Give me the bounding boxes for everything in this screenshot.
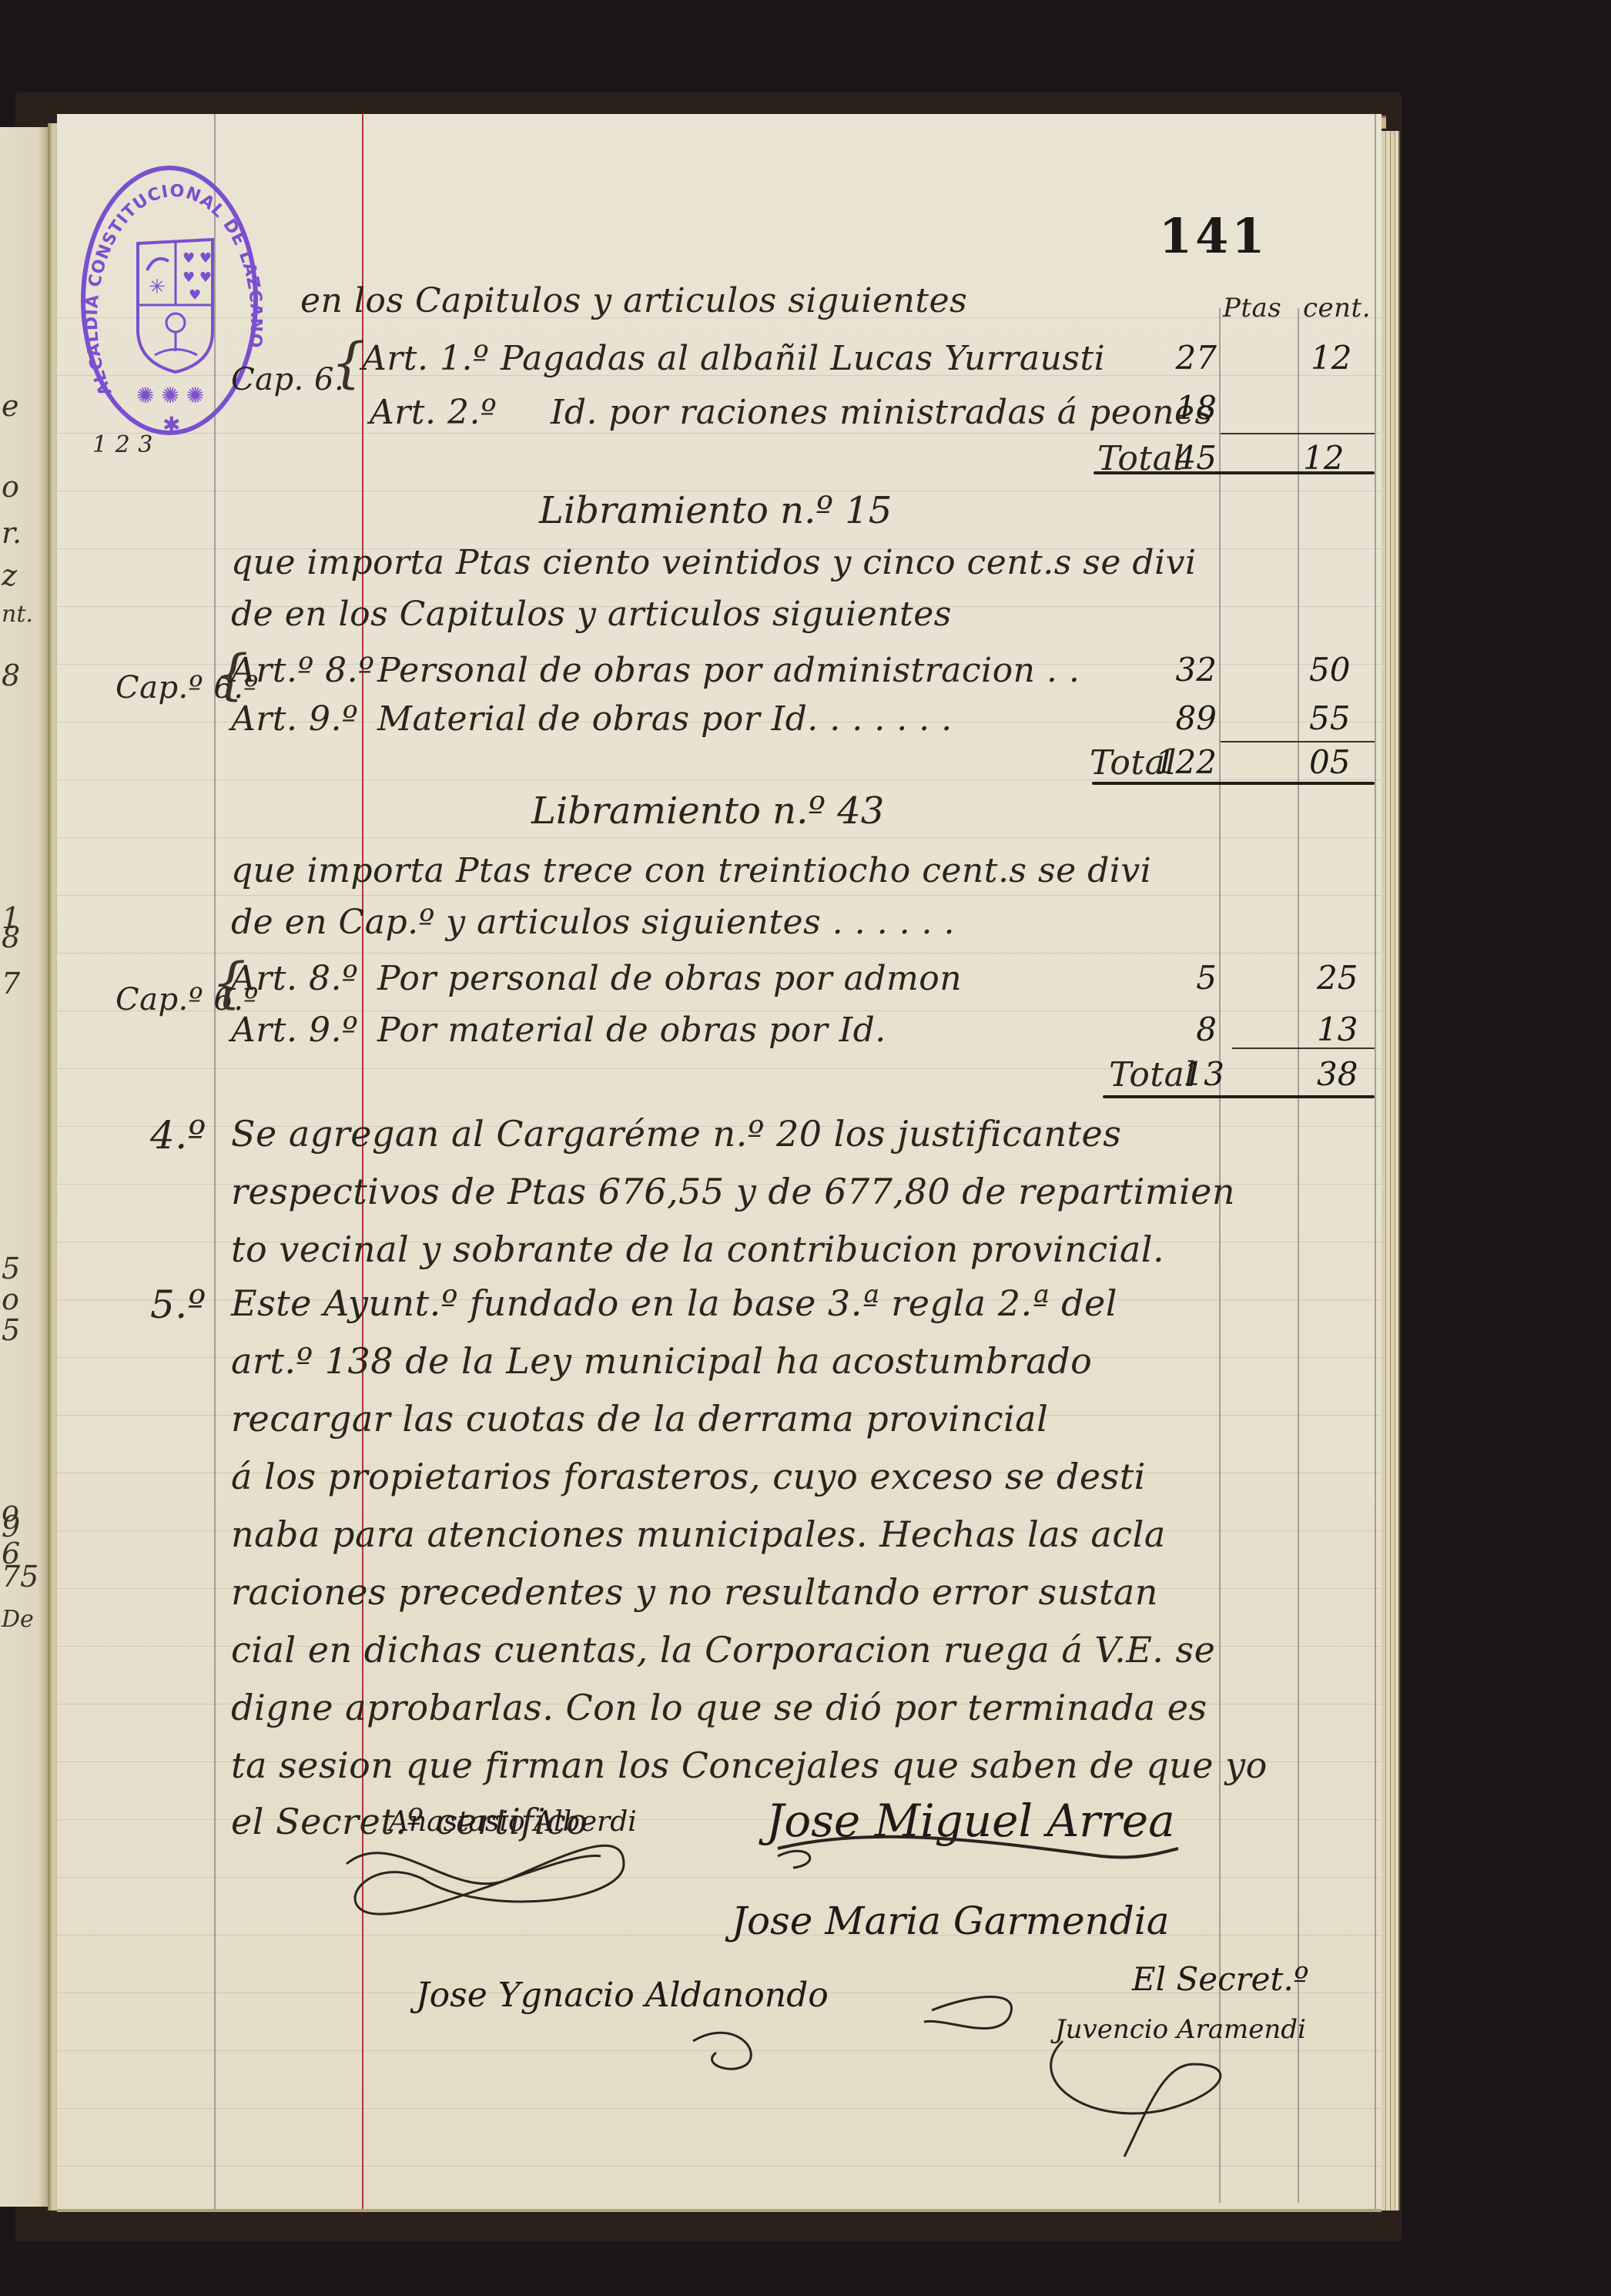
page-number: 141: [1159, 208, 1268, 264]
facing-page-fragment: 75: [2, 1560, 39, 1594]
facing-page: e o r. z nt. 8 1 8 7 5 o 5 o 9 6 75 De: [0, 127, 49, 2207]
facing-page-fragment: r.: [2, 516, 22, 550]
paragraph5-line: digne aprobarlas. Con lo que se dió por …: [231, 1687, 1207, 1728]
stamp-scribble: 1 2 3: [92, 431, 153, 458]
facing-page-fragment: 8: [2, 920, 20, 954]
facing-page-fragment: 8: [2, 659, 20, 692]
paragraph5-number: 5.º: [150, 1282, 206, 1327]
section3-line2: de en Cap.º y articulos siguientes . . .…: [231, 903, 955, 942]
section3-art2: Art. 9.º: [231, 1011, 358, 1050]
facing-page-fragment: De: [2, 1606, 34, 1633]
section2-ptas1: 32: [1147, 651, 1217, 689]
section1-cent1: 12: [1226, 339, 1351, 377]
facing-page-fragment: 5: [2, 1252, 20, 1285]
paragraph5-line: naba para atenciones municipales. Hechas…: [231, 1513, 1166, 1555]
section3-ptas2: 8: [1147, 1011, 1217, 1048]
section2-line1: que importa Ptas ciento veintidos y cinc…: [231, 543, 1197, 582]
svg-text:✱: ✱: [162, 412, 180, 437]
paragraph4-number: 4.º: [150, 1113, 206, 1158]
facing-page-fragment: nt.: [2, 601, 33, 628]
section3-cent2: 13: [1317, 1011, 1358, 1048]
subtotal-rule: [1232, 1047, 1375, 1049]
facing-page-fragment: 5: [2, 1313, 20, 1347]
header-cent: cent.: [1303, 293, 1371, 323]
svg-text:♥: ♥: [189, 287, 201, 303]
paragraph5-line: cial en dichas cuentas, la Corporacion r…: [231, 1629, 1215, 1671]
paragraph4-line: to vecinal y sobrante de la contribucion…: [231, 1228, 1164, 1270]
section2-cent1: 50: [1309, 651, 1350, 689]
svg-text:✳: ✳: [149, 276, 166, 299]
svg-text:✺ ✺ ✺: ✺ ✺ ✺: [136, 383, 204, 408]
signature-flourishes: [331, 1833, 793, 2033]
section3-total-cent: 38: [1317, 1055, 1358, 1093]
section2-desc1: Personal de obras por administracion . .: [377, 651, 1080, 690]
paragraph5-line: art.º 138 de la Ley municipal ha acostum…: [231, 1340, 1092, 1382]
section3-art1: Art. 8.º: [231, 959, 358, 998]
total-rule: [1094, 471, 1375, 474]
section2-cent2: 55: [1309, 699, 1350, 737]
svg-text:♥ ♥: ♥ ♥: [183, 250, 212, 266]
section2-total-cent: 05: [1309, 743, 1350, 781]
paragraph5-line: ta sesion que firman los Concejales que …: [231, 1745, 1268, 1786]
section1-cap-label: Cap. 6.: [231, 362, 344, 397]
section1-intro: en los Capitulos y articulos siguientes: [300, 281, 967, 320]
section2-art1: Art.º 8.º: [231, 651, 374, 690]
facing-page-fragment: e: [2, 389, 19, 423]
brace-icon: {: [331, 331, 366, 394]
section3-total-ptas: 13: [1155, 1055, 1224, 1093]
facing-page-fragment: o: [2, 1282, 19, 1316]
paragraph5-line: raciones precedentes y no resultando err…: [231, 1571, 1158, 1613]
facing-page-fragment: o: [2, 470, 19, 504]
section2-ptas2: 89: [1147, 699, 1217, 737]
section3-line1: que importa Ptas trece con treintiocho c…: [231, 851, 1151, 890]
facing-page-fragment: 7: [2, 967, 20, 1001]
total-rule: [1092, 782, 1375, 785]
facing-page-fragment: z: [2, 558, 17, 592]
section1-desc2: Id. por raciones ministradas á peones: [551, 393, 1213, 432]
section2-total-ptas: 122: [1147, 743, 1217, 781]
subtotal-rule: [1221, 433, 1375, 434]
section2-heading: Libramiento n.º 15: [539, 489, 892, 532]
paragraph4-line: Se agregan al Cargaréme n.º 20 los justi…: [231, 1113, 1121, 1155]
subtotal-rule: [1221, 741, 1375, 742]
section1-desc1: Pagadas al albañil Lucas Yurrausti: [501, 339, 1105, 378]
paragraph5-line: recargar las cuotas de la derrama provin…: [231, 1398, 1048, 1440]
section1-art2: Art. 2.º: [370, 393, 497, 432]
section3-desc1: Por personal de obras por admon: [377, 959, 962, 998]
paragraph5-line: á los propietarios forasteros, cuyo exce…: [231, 1456, 1146, 1497]
section2-desc2: Material de obras por Id. . . . . . .: [377, 699, 953, 739]
section3-cent1: 25: [1317, 959, 1358, 997]
section2-art2: Art. 9.º: [231, 699, 358, 739]
svg-text:♥ ♥: ♥ ♥: [183, 270, 212, 286]
section3-ptas1: 5: [1147, 959, 1217, 997]
paragraph5-line: Este Ayunt.º fundado en la base 3.ª regl…: [231, 1282, 1117, 1324]
section3-heading: Libramiento n.º 43: [531, 789, 884, 833]
section1-ptas1: 27: [1147, 339, 1217, 377]
header-ptas: Ptas: [1223, 293, 1281, 323]
paragraph4-line: respectivos de Ptas 676,55 y de 677,80 d…: [231, 1171, 1235, 1212]
section2-line2: de en los Capitulos y articulos siguient…: [231, 595, 952, 634]
total-rule: [1103, 1095, 1375, 1098]
section3-desc2: Por material de obras por Id.: [377, 1011, 886, 1050]
section1-art1: Art. 1.º: [362, 339, 489, 378]
stamp-emblem-icon: ALCALDIA CONSTITUCIONAL DE LAZCANO ✳ ♥ ♥…: [85, 170, 263, 440]
section1-ptas2: 18: [1147, 389, 1217, 427]
